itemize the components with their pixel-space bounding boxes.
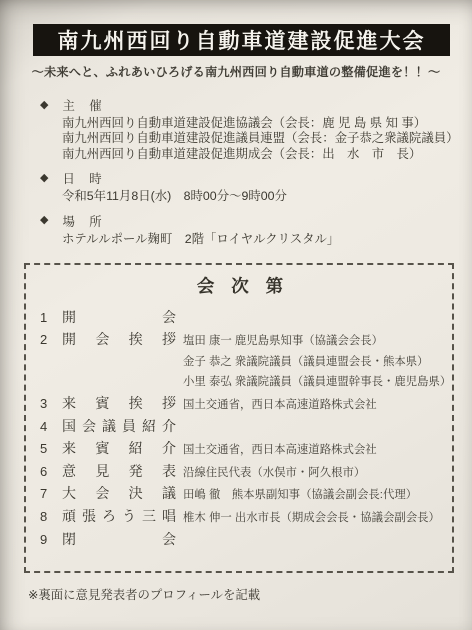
flyer-page: 南九州西回り自動車道建設促進大会 ～未来へと、ふれあいひろげる南九州西回り自動車… [0,0,472,630]
agenda-item-title: 大会決議 [62,483,176,504]
agenda-item-title: 国会議員紹介 [62,416,176,437]
section-line: ホテルルポール麹町 2階「ロイヤルクリスタル」 [62,232,472,247]
agenda-detail-line: 椎木 伸一 出水市長（期成会会長・協議会副会長） [183,508,440,529]
agenda-heading: 会 次 第 [40,273,446,298]
agenda-item-details: 塩田 康一 鹿児島県知事（協議会会長）金子 恭之 衆議院議員（議員連盟会長・熊本… [183,331,451,393]
info-section: ◆主 催南九州西回り自動車道建設促進協議会（会長：鹿 児 島 県 知 事）南九州… [40,96,472,162]
agenda-item-details: 沿線住民代表（水俣市・阿久根市） [183,463,365,484]
agenda-item-details: 椎木 伸一 出水市長（期成会会長・協議会副会長） [183,508,440,529]
agenda-item: 7大会決議田嶋 徹 熊本県副知事（協議会副会長:代理） [40,483,446,506]
agenda-detail-line: 国土交通省，西日本高速道路株式会社 [183,440,377,461]
agenda-item-details: 国土交通省，西日本高速道路株式会社 [183,395,377,416]
agenda-detail-line: 金子 恭之 衆議院議員（議員連盟会長・熊本県） [183,352,451,373]
agenda-item: 8頑張ろう三唱椎木 伸一 出水市長（期成会会長・協議会副会長） [40,506,446,529]
section-lines: 令和5年11月8日(水) 8時00分～9時00分 [62,189,472,204]
agenda-detail-line: 沿線住民代表（水俣市・阿久根市） [183,463,365,484]
event-title: 南九州西回り自動車道建設促進大会 [58,25,426,55]
agenda-item-number: 1 [40,308,62,329]
agenda-item: 9閉会 [40,529,446,551]
agenda-detail-line: 塩田 康一 鹿児島県知事（協議会会長） [183,331,451,352]
agenda-item-title: 来賓挨拶 [62,393,176,414]
info-sections: ◆主 催南九州西回り自動車道建設促進協議会（会長：鹿 児 島 県 知 事）南九州… [40,96,472,247]
agenda-item-title: 閉会 [62,529,176,550]
agenda-box: 会 次 第 1開会2開会挨拶塩田 康一 鹿児島県知事（協議会会長）金子 恭之 衆… [24,263,454,573]
agenda-item: 3来賓挨拶国土交通省，西日本高速道路株式会社 [40,393,446,416]
agenda-item-number: 6 [40,462,62,483]
section-label: 主 催 [62,96,102,114]
agenda-item-title: 意見発表 [62,461,176,482]
section-label-row: ◆場 所 [40,212,472,230]
agenda-item-details: 国土交通省，西日本高速道路株式会社 [183,440,377,461]
agenda-item: 1開会 [40,307,446,329]
agenda-item-title: 来賓紹介 [62,438,176,459]
section-lines: ホテルルポール麹町 2階「ロイヤルクリスタル」 [62,232,472,247]
agenda-detail-line: 田嶋 徹 熊本県副知事（協議会副会長:代理） [183,485,417,506]
section-line: 令和5年11月8日(水) 8時00分～9時00分 [62,189,472,204]
agenda-detail-line: 国土交通省，西日本高速道路株式会社 [183,395,377,416]
section-label-row: ◆主 催 [40,96,472,114]
agenda-item-title: 頑張ろう三唱 [62,506,176,527]
agenda-item-number: 5 [40,439,62,460]
agenda-item-number: 8 [40,507,62,528]
agenda-item: 4国会議員紹介 [40,416,446,438]
agenda-detail-line: 小里 泰弘 衆議院議員（議員連盟幹事長・鹿児島県） [183,372,451,393]
agenda-item-details: 田嶋 徹 熊本県副知事（協議会副会長:代理） [183,485,417,506]
section-lines: 南九州西回り自動車道建設促進協議会（会長：鹿 児 島 県 知 事）南九州西回り自… [62,116,472,162]
agenda-item: 6意見発表沿線住民代表（水俣市・阿久根市） [40,461,446,484]
footnote: ※裏面に意見発表者のプロフィールを記載 [28,585,472,603]
diamond-bullet-icon: ◆ [40,171,48,186]
section-label-row: ◆日 時 [40,169,472,187]
agenda-items: 1開会2開会挨拶塩田 康一 鹿児島県知事（協議会会長）金子 恭之 衆議院議員（議… [40,307,446,551]
agenda-item: 2開会挨拶塩田 康一 鹿児島県知事（協議会会長）金子 恭之 衆議院議員（議員連盟… [40,329,446,393]
agenda-item-number: 4 [40,417,62,438]
agenda-item-title: 開会挨拶 [62,329,176,350]
info-section: ◆場 所ホテルルポール麹町 2階「ロイヤルクリスタル」 [40,212,472,247]
agenda-item-number: 2 [40,330,62,351]
event-subtitle: ～未来へと、ふれあいひろげる南九州西回り自動車道の整備促進を！！～ [0,63,472,80]
agenda-item: 5来賓紹介国土交通省，西日本高速道路株式会社 [40,438,446,461]
agenda-item-number: 9 [40,530,62,551]
diamond-bullet-icon: ◆ [40,213,48,228]
section-label: 場 所 [62,212,102,230]
section-line: 南九州西回り自動車道建設促進期成会（会長：出 水 市 長） [62,147,472,162]
agenda-item-number: 3 [40,394,62,415]
section-line: 南九州西回り自動車道建設促進協議会（会長：鹿 児 島 県 知 事） [62,116,472,131]
section-label: 日 時 [62,169,102,187]
info-section: ◆日 時令和5年11月8日(水) 8時00分～9時00分 [40,169,472,204]
agenda-item-title: 開会 [62,307,176,328]
diamond-bullet-icon: ◆ [40,98,48,113]
agenda-item-number: 7 [40,484,62,505]
event-title-banner: 南九州西回り自動車道建設促進大会 [33,24,450,56]
section-line: 南九州西回り自動車道建設促進議員連盟（会長：金子恭之衆議院議員） [62,131,472,146]
